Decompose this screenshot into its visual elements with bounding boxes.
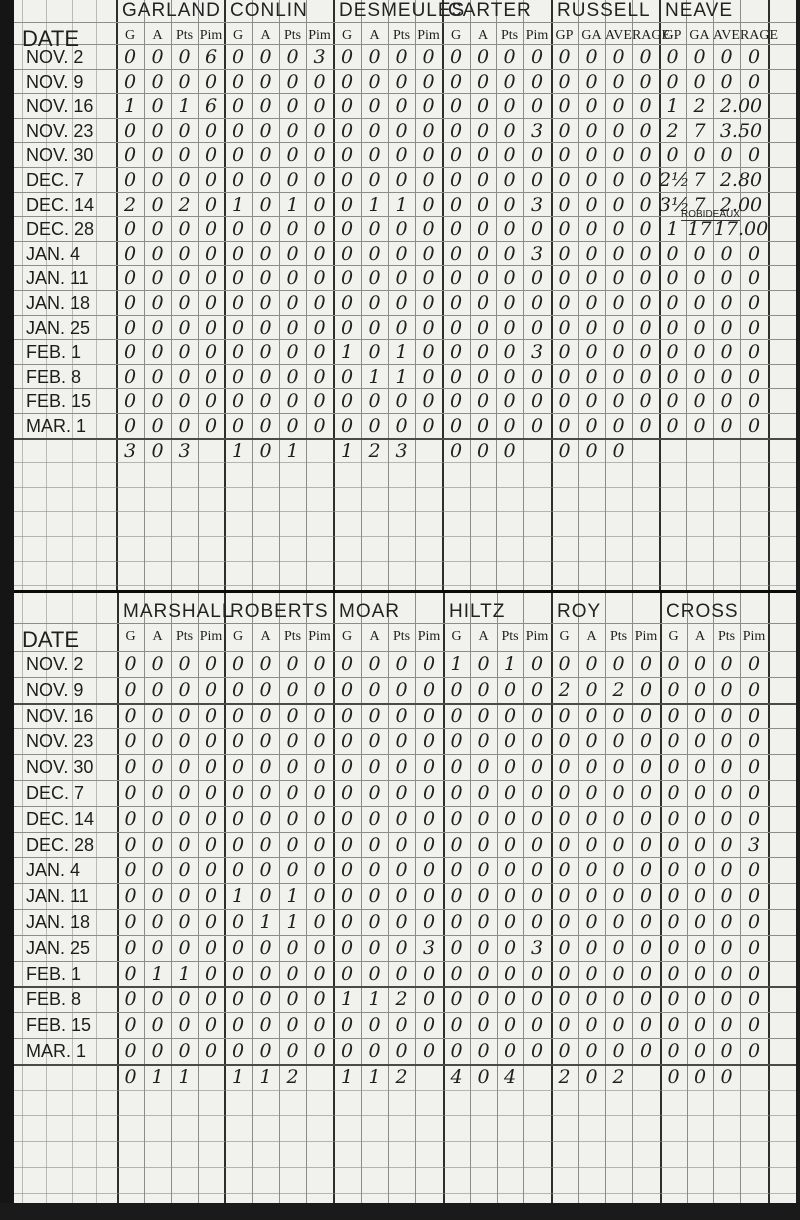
stat-value: 0 <box>578 756 605 778</box>
stat-value: 0 <box>660 756 687 778</box>
stat-value: 0 <box>361 911 388 933</box>
stat-value: 0 <box>306 194 333 216</box>
row-line <box>14 93 800 94</box>
stat-value: 0 <box>333 911 361 933</box>
stat-value: 0 <box>632 782 660 804</box>
stat-value: 0 <box>388 963 415 985</box>
stat-value: 0 <box>415 679 443 701</box>
stat-value: 0 <box>523 46 551 68</box>
stat-value: 0 <box>496 390 523 412</box>
stat-value: 0 <box>713 292 740 314</box>
stat-value: 0 <box>144 144 171 166</box>
stat-value: 0 <box>660 730 687 752</box>
stat-value: 2 <box>116 194 144 216</box>
stat-value: 0 <box>497 705 523 727</box>
stat-value: 0 <box>578 46 605 68</box>
stat-value: 0 <box>740 267 768 289</box>
row-line <box>14 909 800 910</box>
stat-value: 0 <box>198 808 224 830</box>
header-line <box>14 22 800 23</box>
column-header: A <box>470 629 497 645</box>
stat-value: 0 <box>361 859 388 881</box>
stat-value: 0 <box>306 415 333 437</box>
stat-value: 0 <box>497 730 523 752</box>
row-line <box>14 1115 800 1116</box>
stat-value: 0 <box>496 169 523 191</box>
stat-value: 0 <box>333 730 361 752</box>
stat-value: 0 <box>687 834 713 856</box>
grid-line <box>22 0 23 590</box>
stat-value: 0 <box>198 169 224 191</box>
stat-value: 0 <box>252 292 279 314</box>
stat-value: 0 <box>470 653 497 675</box>
stat-value: 0 <box>333 679 361 701</box>
stat-value: 0 <box>144 218 171 240</box>
player-name: ROY <box>557 601 658 623</box>
stat-value: 0 <box>361 46 388 68</box>
stat-value: 0 <box>470 988 497 1010</box>
row-line <box>14 561 800 562</box>
stat-value: 0 <box>551 911 578 933</box>
row-line <box>14 192 800 193</box>
stat-value: 0 <box>144 679 171 701</box>
stat-value: 0 <box>605 653 632 675</box>
stat-value: 0 <box>198 937 224 959</box>
stat-value: 0 <box>252 120 279 142</box>
season-total: 1 <box>333 1066 361 1088</box>
stat-value: 0 <box>361 808 388 830</box>
stat-value: 0 <box>551 756 578 778</box>
stat-value: 0 <box>224 415 252 437</box>
stat-value: 0 <box>252 71 279 93</box>
stat-value: 0 <box>306 366 333 388</box>
stat-value: 0 <box>523 366 551 388</box>
row-date: NOV. 23 <box>26 121 93 142</box>
stat-value: 0 <box>306 1040 333 1062</box>
stat-value: 2 <box>551 679 578 701</box>
column-header: Pim <box>740 629 768 645</box>
column-header: G <box>442 28 470 44</box>
stat-value: 0 <box>687 885 713 907</box>
stat-value: 1 <box>144 963 171 985</box>
stat-value: 0 <box>713 317 740 339</box>
stat-value: 0 <box>443 988 470 1010</box>
column-header: Pts <box>279 28 306 44</box>
stat-value: 0 <box>388 144 415 166</box>
stat-value: 0 <box>361 730 388 752</box>
stat-value: 0 <box>224 730 252 752</box>
stat-value: 0 <box>198 705 224 727</box>
stat-value: 0 <box>252 267 279 289</box>
stat-value: 0 <box>470 120 496 142</box>
stat-value: 0 <box>632 46 659 68</box>
stat-value: 0 <box>632 937 660 959</box>
stat-value: 0 <box>497 885 523 907</box>
stat-value: 0 <box>470 937 497 959</box>
row-line <box>14 44 800 45</box>
stat-value: 0 <box>306 341 333 363</box>
season-total: 0 <box>605 440 632 462</box>
row-date: DEC. 28 <box>26 835 94 856</box>
stat-value: 0 <box>740 756 768 778</box>
stat-value: 0 <box>144 885 171 907</box>
column-header: GP <box>659 28 686 44</box>
row-date: DEC. 7 <box>26 783 84 804</box>
stat-value: 0 <box>470 317 496 339</box>
stat-value: 0 <box>144 267 171 289</box>
stat-value: 0 <box>632 963 660 985</box>
stat-value: 0 <box>443 679 470 701</box>
stat-value: 0 <box>171 885 198 907</box>
stat-value: 0 <box>442 218 470 240</box>
stat-value: 0 <box>605 243 632 265</box>
stat-value: 0 <box>117 730 144 752</box>
stat-value: 0 <box>686 71 713 93</box>
stat-value: 0 <box>361 756 388 778</box>
season-total: 2 <box>551 1066 578 1088</box>
stat-value: 0 <box>660 859 687 881</box>
stat-value: 0 <box>116 144 144 166</box>
stat-value: 0 <box>687 937 713 959</box>
stat-value: 0 <box>198 366 224 388</box>
stat-value: 0 <box>660 834 687 856</box>
stat-value: 3 <box>415 937 443 959</box>
stat-value: 1 <box>171 963 198 985</box>
stat-value: 0 <box>117 782 144 804</box>
stat-value: 0 <box>279 95 306 117</box>
stat-value: 0 <box>117 988 144 1010</box>
stat-value: 0 <box>361 218 388 240</box>
stat-value: 0 <box>551 46 578 68</box>
row-line <box>14 1141 800 1142</box>
book-spine <box>0 0 14 1220</box>
stat-value: 0 <box>551 859 578 881</box>
stat-value: 0 <box>578 415 605 437</box>
stat-value: 0 <box>252 366 279 388</box>
stat-value: 0 <box>116 46 144 68</box>
stat-value: 0 <box>388 95 415 117</box>
stat-value: 17.00 <box>713 218 769 240</box>
stat-value: 0 <box>605 705 632 727</box>
stat-value: 0 <box>605 1014 632 1036</box>
stat-value: 0 <box>333 71 361 93</box>
stat-value: 0 <box>632 808 660 830</box>
stat-value: 0 <box>279 120 306 142</box>
stat-value: 0 <box>443 730 470 752</box>
stat-value: 0 <box>443 911 470 933</box>
stat-value: 0 <box>551 341 578 363</box>
season-total: 3 <box>116 440 144 462</box>
stat-value: 0 <box>415 366 442 388</box>
stat-value: 0 <box>632 194 659 216</box>
stat-value: 3 <box>740 834 768 856</box>
stat-value: 0 <box>605 95 632 117</box>
stat-value: 1 <box>659 218 686 240</box>
stat-value: 0 <box>224 46 252 68</box>
stat-value: 0 <box>497 859 523 881</box>
stat-value: 0 <box>523 1040 551 1062</box>
stat-value: 0 <box>279 730 306 752</box>
stat-value: 0 <box>713 782 740 804</box>
stat-value: 0 <box>144 1040 171 1062</box>
stat-value: 0 <box>578 653 605 675</box>
stat-value: 0 <box>740 782 768 804</box>
stat-value: 0 <box>116 317 144 339</box>
row-date: MAR. 1 <box>26 1041 86 1062</box>
stat-value: 0 <box>632 1014 660 1036</box>
column-header: G <box>224 28 252 44</box>
stat-value: 0 <box>116 341 144 363</box>
stat-value: 0 <box>388 46 415 68</box>
stat-value: 0 <box>306 705 333 727</box>
stat-value: 0 <box>659 390 686 412</box>
stat-value: 0 <box>660 1014 687 1036</box>
stat-value: 0 <box>333 317 361 339</box>
stat-value: 0 <box>523 834 551 856</box>
stat-value: 0 <box>144 341 171 363</box>
page-edge <box>796 0 800 1220</box>
row-line <box>14 961 800 962</box>
stat-value: 0 <box>144 194 171 216</box>
stat-value: 0 <box>224 218 252 240</box>
stat-value: 0 <box>551 267 578 289</box>
column-header: Pts <box>171 629 198 645</box>
stat-value: 0 <box>632 95 659 117</box>
season-total: 1 <box>224 440 252 462</box>
stat-value: 0 <box>740 911 768 933</box>
stat-value: 0 <box>171 218 198 240</box>
stat-value: 0 <box>415 267 442 289</box>
stat-value: 0 <box>415 46 442 68</box>
column-divider <box>768 0 770 590</box>
stat-value: 0 <box>578 782 605 804</box>
stat-value: 1 <box>361 366 388 388</box>
stat-value: 0 <box>333 782 361 804</box>
stat-value: 0 <box>224 782 252 804</box>
stat-value: 0 <box>306 267 333 289</box>
stat-value: 0 <box>171 937 198 959</box>
stat-value: 0 <box>496 366 523 388</box>
stat-value: 0 <box>740 808 768 830</box>
stat-value: 1 <box>497 653 523 675</box>
stat-value: 0 <box>279 756 306 778</box>
season-total: 2 <box>361 440 388 462</box>
stat-value: 0 <box>632 390 659 412</box>
stat-value: 0 <box>144 243 171 265</box>
stat-value: 0 <box>171 988 198 1010</box>
stat-value: 0 <box>388 834 415 856</box>
stat-value: 0 <box>306 963 333 985</box>
stat-value: 0 <box>551 243 578 265</box>
stat-value: 0 <box>578 71 605 93</box>
stat-value: 0 <box>279 341 306 363</box>
stat-value: 0 <box>443 937 470 959</box>
stat-value: 0 <box>740 243 768 265</box>
stat-value: 0 <box>171 366 198 388</box>
stat-value: 0 <box>333 415 361 437</box>
stat-value: 1 <box>388 341 415 363</box>
stat-value: 0 <box>388 653 415 675</box>
stat-value: 1 <box>333 988 361 1010</box>
stat-value: 0 <box>659 46 686 68</box>
stat-value: 0 <box>660 1040 687 1062</box>
stat-value: 0 <box>198 782 224 804</box>
row-line <box>14 536 800 537</box>
stat-value: 0 <box>279 71 306 93</box>
stat-value: 0 <box>470 243 496 265</box>
stat-value: 0 <box>117 653 144 675</box>
stat-value: 0 <box>686 415 713 437</box>
stat-value: 0 <box>252 808 279 830</box>
season-total: 1 <box>144 1066 171 1088</box>
stat-value: 0 <box>198 911 224 933</box>
stat-value: 0 <box>306 885 333 907</box>
stat-value: 0 <box>443 859 470 881</box>
stat-value: 0 <box>578 194 605 216</box>
stat-value: 0 <box>443 808 470 830</box>
stat-value: 0 <box>470 1040 497 1062</box>
column-header: AVERAGE <box>713 28 740 44</box>
stat-value: 0 <box>415 834 443 856</box>
stat-value: 0 <box>578 885 605 907</box>
stat-value: 0 <box>361 653 388 675</box>
stat-value: 0 <box>632 1040 660 1062</box>
stat-value: 0 <box>116 243 144 265</box>
player-name: CROSS <box>666 601 766 623</box>
stat-value: 0 <box>198 653 224 675</box>
stat-value: 0 <box>523 808 551 830</box>
player-name: CARTER <box>448 0 549 22</box>
stat-value: 0 <box>687 756 713 778</box>
stat-value: 0 <box>470 390 496 412</box>
column-header: Pim <box>306 629 333 645</box>
stat-value: 0 <box>388 390 415 412</box>
stat-value: 7 <box>686 120 713 142</box>
row-date: JAN. 18 <box>26 293 90 314</box>
stat-value: 0 <box>388 1014 415 1036</box>
column-header: A <box>470 28 496 44</box>
stat-value: 0 <box>224 937 252 959</box>
stat-value: 0 <box>279 808 306 830</box>
stat-value: 0 <box>740 292 768 314</box>
stat-value: 0 <box>713 963 740 985</box>
stat-value: 0 <box>443 756 470 778</box>
column-header: G <box>116 28 144 44</box>
season-total: 3 <box>388 440 415 462</box>
stat-value: 0 <box>333 218 361 240</box>
stat-value: 0 <box>388 756 415 778</box>
stat-value: 0 <box>660 705 687 727</box>
stat-value: 0 <box>443 885 470 907</box>
stat-value: 0 <box>252 144 279 166</box>
stat-value: 7 <box>686 169 713 191</box>
stat-value: 0 <box>578 144 605 166</box>
stat-value: 0 <box>442 341 470 363</box>
stat-value: 0 <box>415 390 442 412</box>
stat-value: 0 <box>171 653 198 675</box>
season-total: 0 <box>470 1066 497 1088</box>
stat-value: 0 <box>442 390 470 412</box>
column-header: G <box>660 629 687 645</box>
stat-value: 0 <box>116 71 144 93</box>
row-line <box>14 832 800 833</box>
stat-value: 0 <box>496 267 523 289</box>
stat-value: 0 <box>171 46 198 68</box>
player-name: MOAR <box>339 601 441 623</box>
stat-value: 0 <box>415 653 443 675</box>
stat-value: 0 <box>659 292 686 314</box>
stat-value: 0 <box>117 963 144 985</box>
stat-value: 0 <box>388 71 415 93</box>
stat-value: 0 <box>470 341 496 363</box>
stat-value: 1 <box>279 194 306 216</box>
date-header: DATE <box>22 627 79 653</box>
stat-value: 0 <box>578 705 605 727</box>
row-date: JAN. 18 <box>26 912 90 933</box>
stat-value: 0 <box>551 120 578 142</box>
stat-value: 0 <box>660 937 687 959</box>
stat-value: 0 <box>198 885 224 907</box>
stat-value: 0 <box>279 937 306 959</box>
stat-value: 0 <box>279 218 306 240</box>
stat-value: 2 <box>388 988 415 1010</box>
stat-value: 0 <box>415 808 443 830</box>
stat-value: 0 <box>306 243 333 265</box>
stat-value: 0 <box>279 1014 306 1036</box>
stat-value: 0 <box>279 243 306 265</box>
stat-value: 0 <box>687 988 713 1010</box>
stat-value: 0 <box>523 782 551 804</box>
stat-value: 0 <box>117 937 144 959</box>
stat-value: 0 <box>279 390 306 412</box>
stat-value: 0 <box>470 292 496 314</box>
stat-value: 0 <box>551 1014 578 1036</box>
stat-value: 0 <box>279 679 306 701</box>
stat-value: 0 <box>252 653 279 675</box>
stat-value: 0 <box>660 885 687 907</box>
stat-value: 0 <box>388 782 415 804</box>
stat-value: 0 <box>713 71 740 93</box>
stat-value: 0 <box>361 705 388 727</box>
stat-value: 0 <box>415 120 442 142</box>
stat-value: 17 <box>686 218 713 240</box>
row-date: JAN. 11 <box>26 268 89 289</box>
column-divider <box>768 593 770 1203</box>
stat-value: 0 <box>252 937 279 959</box>
stat-value: 0 <box>361 415 388 437</box>
stat-value: 1 <box>443 653 470 675</box>
stat-value: 0 <box>523 267 551 289</box>
stat-value: 0 <box>442 366 470 388</box>
stat-value: 0 <box>523 415 551 437</box>
stat-value: 0 <box>578 341 605 363</box>
stat-value: 0 <box>496 95 523 117</box>
stat-value: 0 <box>144 937 171 959</box>
stat-value: 0 <box>144 1014 171 1036</box>
stat-value: 0 <box>252 679 279 701</box>
stat-value: 0 <box>496 144 523 166</box>
stat-value: 0 <box>306 169 333 191</box>
stat-value: 0 <box>333 243 361 265</box>
stat-value: 0 <box>713 267 740 289</box>
season-total: 0 <box>578 440 605 462</box>
column-header: Pim <box>415 629 443 645</box>
stat-value: 0 <box>224 120 252 142</box>
stat-value: 0 <box>415 705 443 727</box>
row-line <box>14 677 800 678</box>
stat-value: 0 <box>632 366 659 388</box>
stat-value: 0 <box>361 120 388 142</box>
